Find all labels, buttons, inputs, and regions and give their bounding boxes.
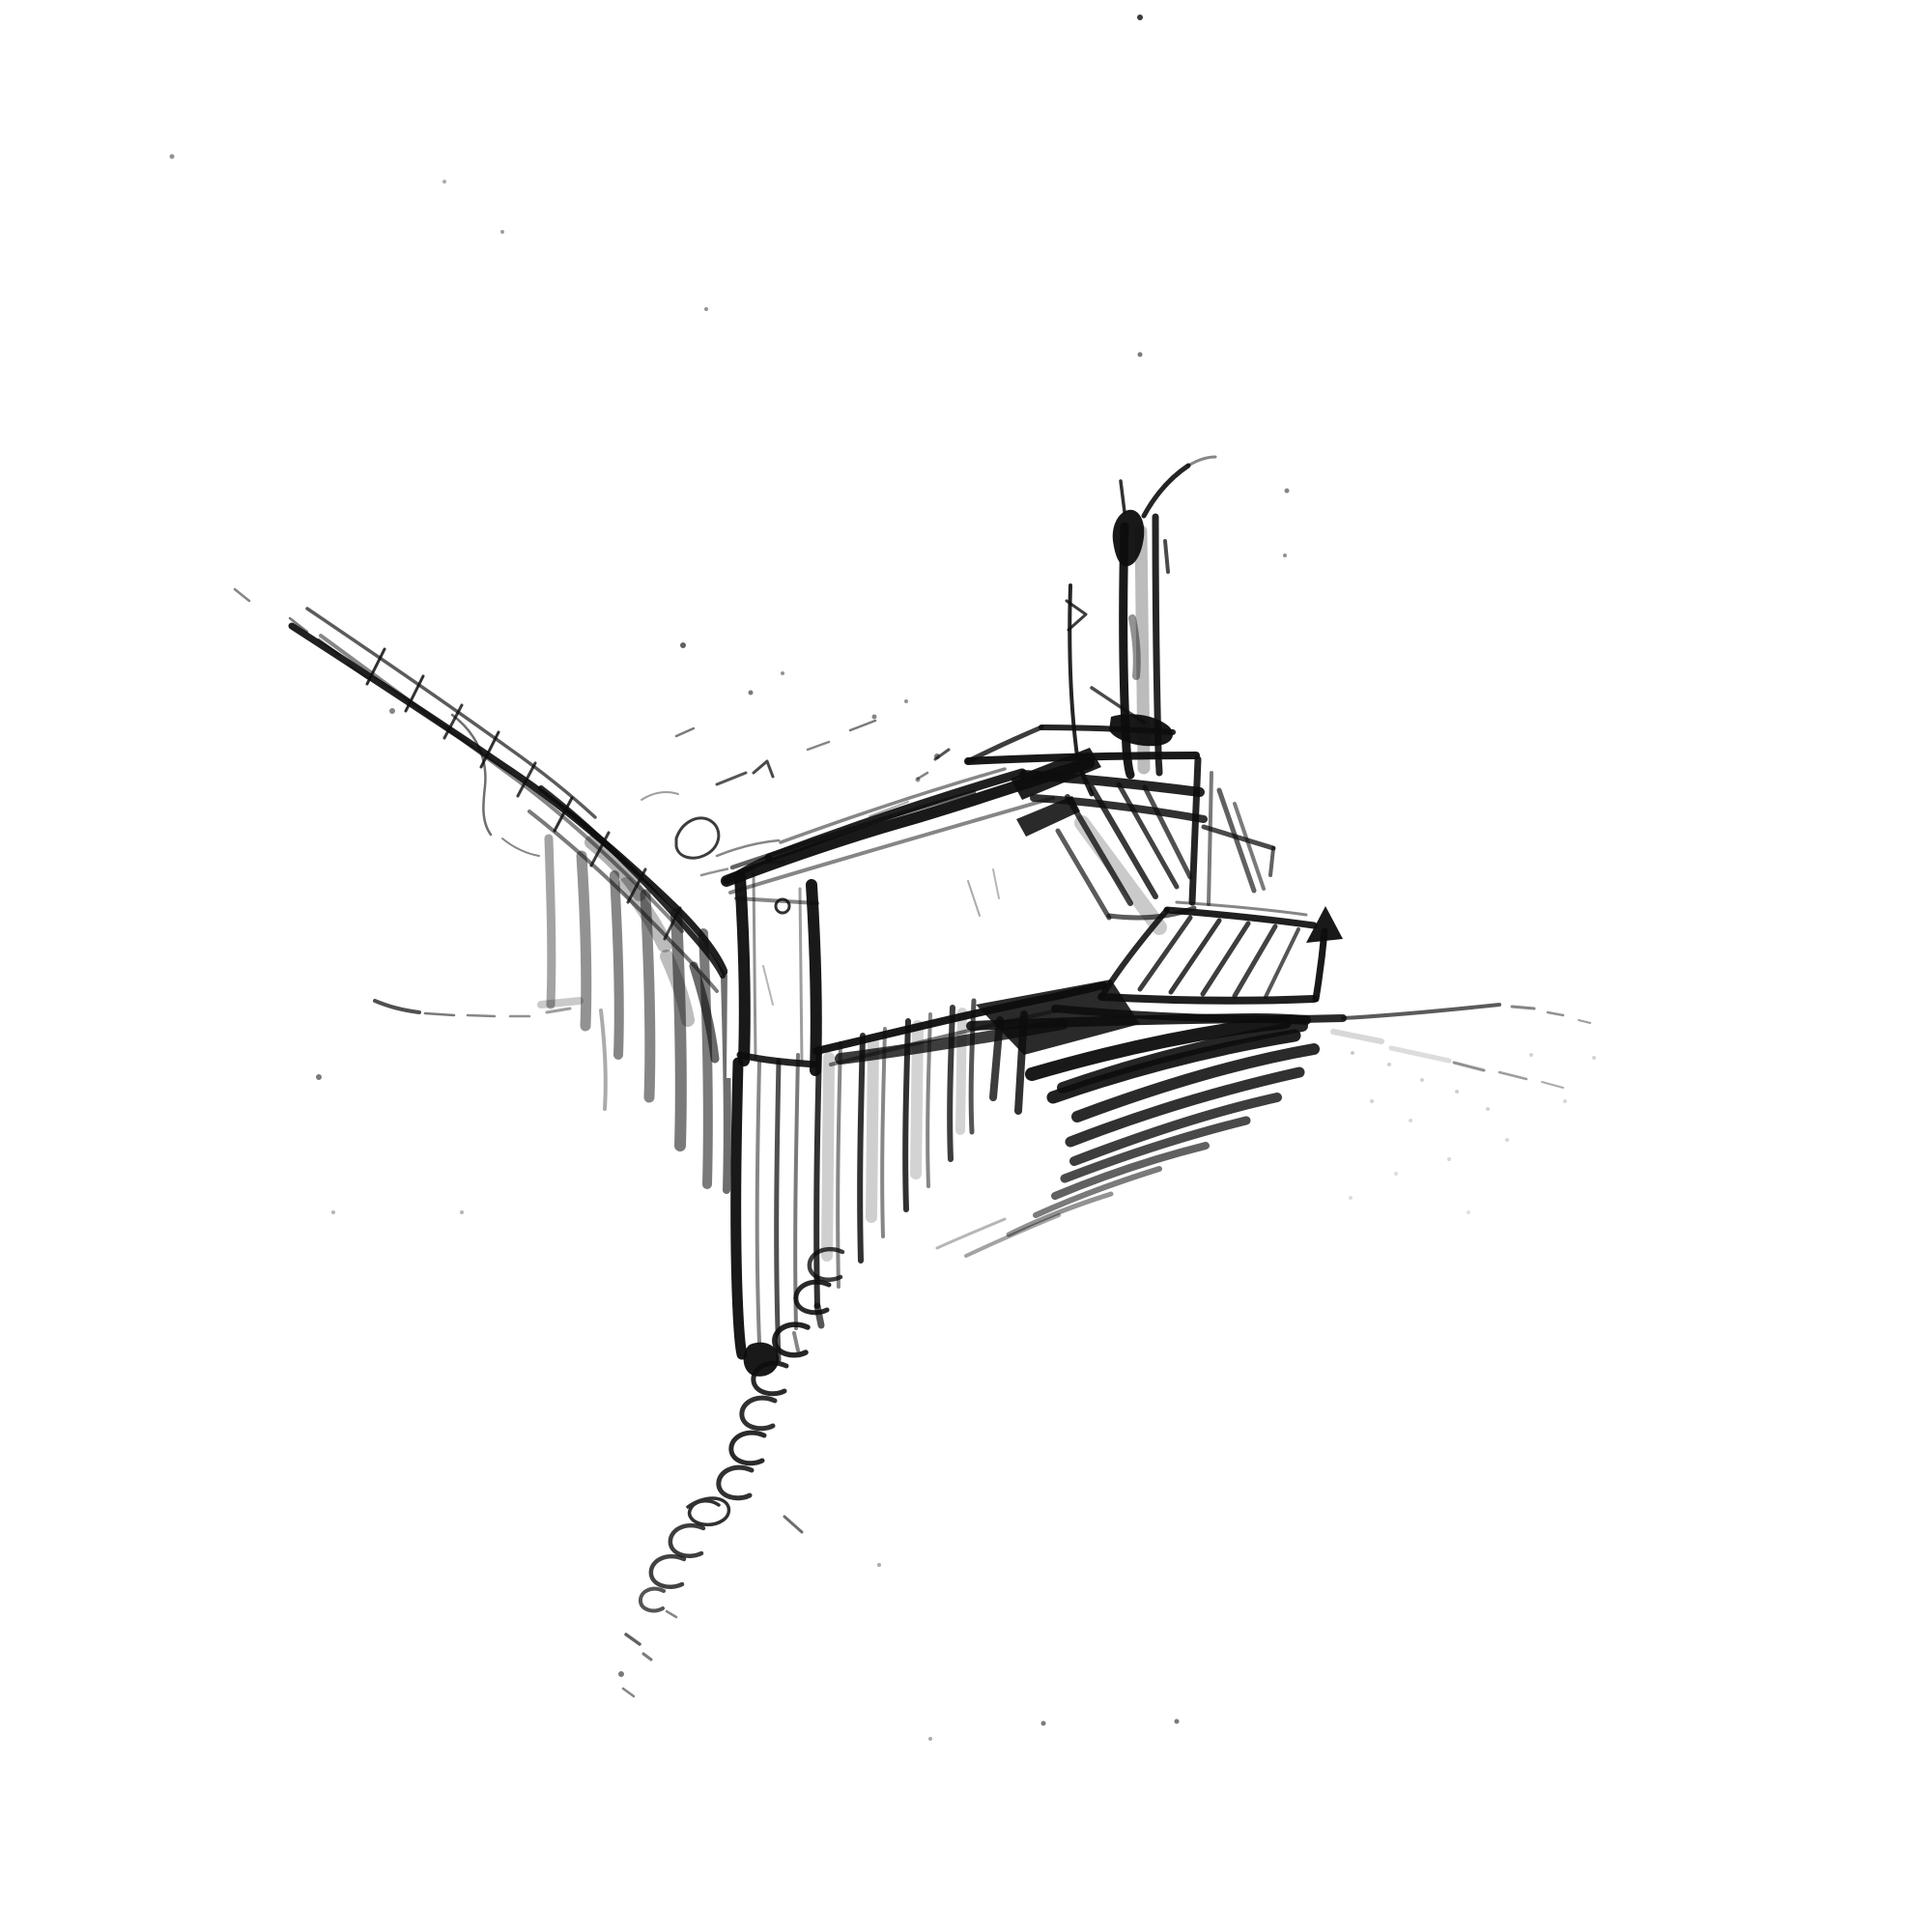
sketch-page [0, 0, 1909, 1932]
stepping-stones [623, 1249, 842, 1696]
cast-shadow [937, 1014, 1314, 1256]
direction-arrow [1306, 906, 1343, 999]
hillside-shading [549, 838, 727, 1190]
sketch-svg [0, 0, 1909, 1932]
